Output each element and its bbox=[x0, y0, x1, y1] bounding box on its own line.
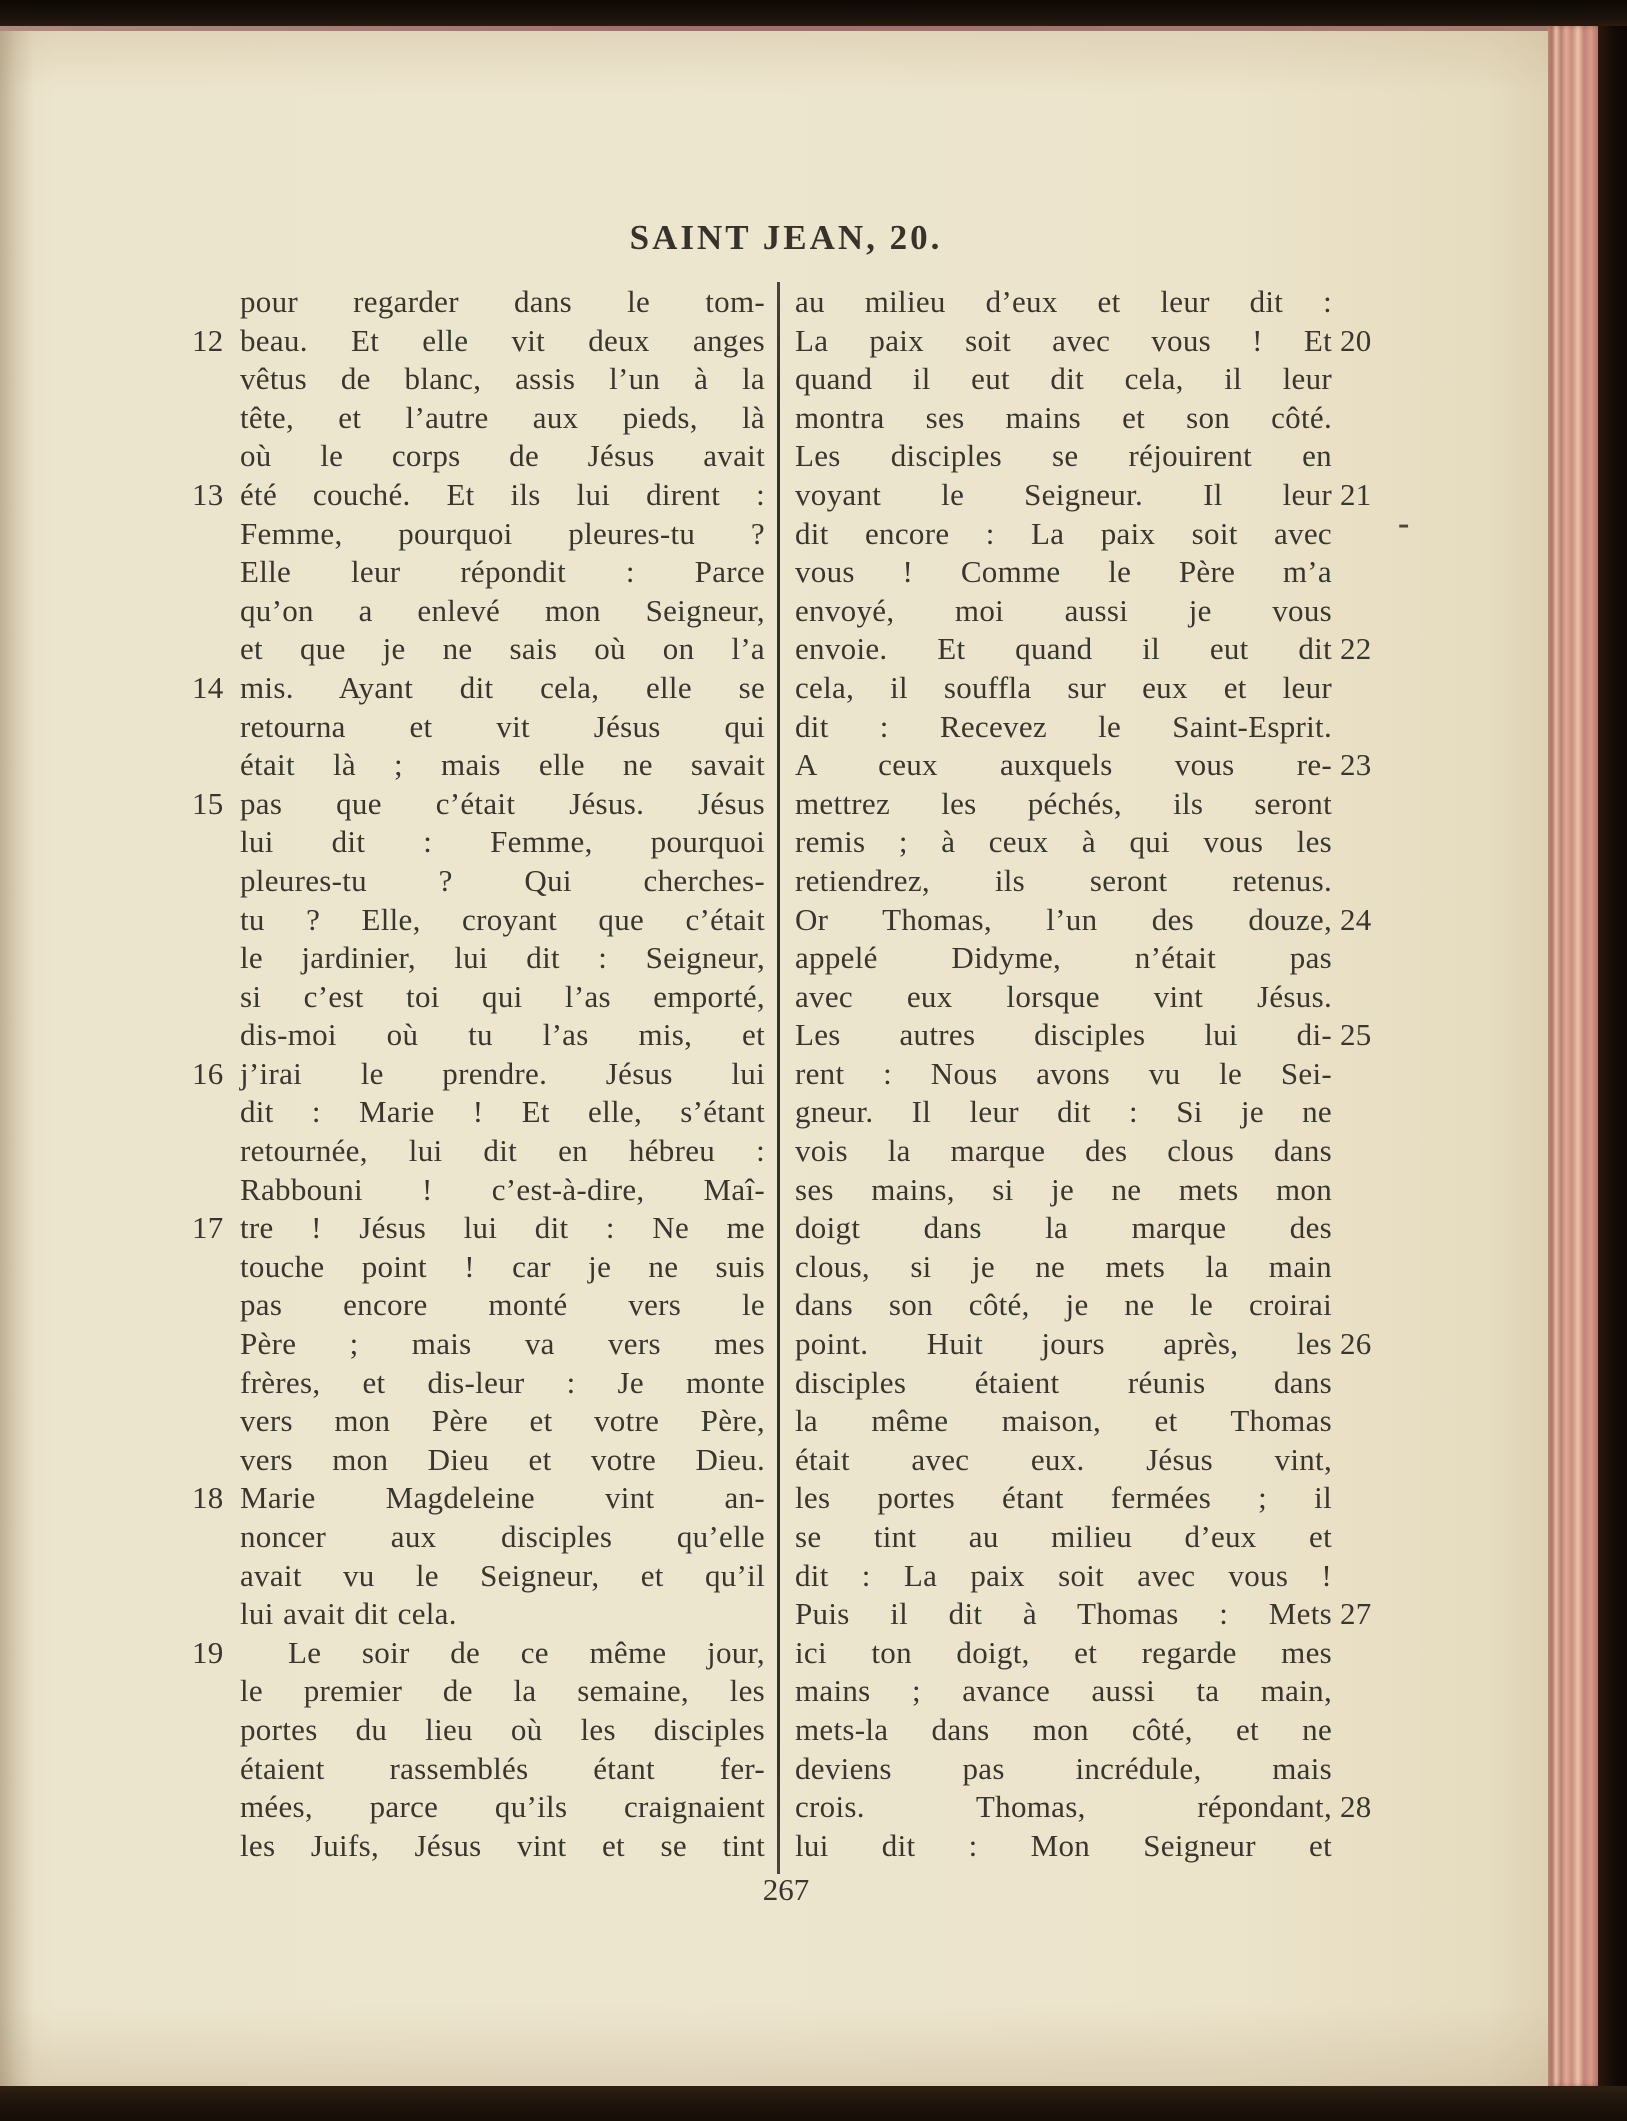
book-photo: { "page": { "header": "SAINT JEAN, 20.",… bbox=[0, 0, 1627, 2121]
text-line: pas encore monté vers le bbox=[240, 1286, 765, 1325]
text-line-content: le premier de la semaine, les bbox=[240, 1672, 765, 1711]
text-line: dit : Recevez le Saint-Esprit. bbox=[795, 708, 1332, 747]
text-line-content: été couché. Et ils lui dirent : bbox=[240, 476, 765, 515]
text-line: le premier de la semaine, les bbox=[240, 1672, 765, 1711]
verse-number: 16 bbox=[192, 1055, 242, 1094]
text-line-content: touche point ! car je ne suis bbox=[240, 1248, 765, 1287]
verse-number: 15 bbox=[192, 785, 242, 824]
text-line: avait vu le Seigneur, et qu’il bbox=[240, 1557, 765, 1596]
text-line: 13été couché. Et ils lui dirent : bbox=[240, 476, 765, 515]
text-line-content: mets-la dans mon côté, et ne bbox=[795, 1711, 1332, 1750]
text-line-content: mains ; avance aussi ta main, bbox=[795, 1672, 1332, 1711]
text-line: étaient rassemblés étant fer- bbox=[240, 1750, 765, 1789]
text-line-content: Marie Magdeleine vint an- bbox=[240, 1479, 765, 1518]
text-line: 16j’irai le prendre. Jésus lui bbox=[240, 1055, 765, 1094]
text-line: deviens pas incrédule, mais bbox=[795, 1750, 1332, 1789]
text-line: gneur. Il leur dit : Si je ne bbox=[795, 1093, 1332, 1132]
text-line-content: retournée, lui dit en hébreu : bbox=[240, 1132, 765, 1171]
text-line: 24Or Thomas, l’un des douze, bbox=[795, 901, 1332, 940]
verse-number: 20 bbox=[1340, 322, 1390, 361]
text-line-content: mis. Ayant dit cela, elle se bbox=[240, 669, 765, 708]
text-line-content: Femme, pourquoi pleures-tu ? bbox=[240, 515, 765, 554]
text-line: doigt dans la marque des bbox=[795, 1209, 1332, 1248]
text-line: où le corps de Jésus avait bbox=[240, 437, 765, 476]
verse-number: 27 bbox=[1340, 1595, 1390, 1634]
text-line: 27Puis il dit à Thomas : Mets bbox=[795, 1595, 1332, 1634]
text-line: mettrez les péchés, ils seront bbox=[795, 785, 1332, 824]
text-line-content: se tint au milieu d’eux et bbox=[795, 1518, 1332, 1557]
text-line-content: dit : Recevez le Saint-Esprit. bbox=[795, 708, 1332, 747]
text-line: pleures-tu ? Qui cherches- bbox=[240, 862, 765, 901]
text-line-content: les portes étant fermées ; il bbox=[795, 1479, 1332, 1518]
verse-number: 26 bbox=[1340, 1325, 1390, 1364]
text-line-content: clous, si je ne mets la main bbox=[795, 1248, 1332, 1287]
text-line: tu ? Elle, croyant que c’était bbox=[240, 901, 765, 940]
text-line-content: Le soir de ce même jour, bbox=[240, 1634, 765, 1673]
text-line: avec eux lorsque vint Jésus. bbox=[795, 978, 1332, 1017]
text-line-content: était avec eux. Jésus vint, bbox=[795, 1441, 1332, 1480]
text-line-content: doigt dans la marque des bbox=[795, 1209, 1332, 1248]
text-line-content: était là ; mais elle ne savait bbox=[240, 746, 765, 785]
text-line-content: j’irai le prendre. Jésus lui bbox=[240, 1055, 765, 1094]
text-line: dis-moi où tu l’as mis, et bbox=[240, 1016, 765, 1055]
text-line-content: lui dit : Mon Seigneur et bbox=[795, 1827, 1332, 1866]
text-line: ses mains, si je ne mets mon bbox=[795, 1171, 1332, 1210]
text-line: 22envoie. Et quand il eut dit bbox=[795, 630, 1332, 669]
text-line-content: envoyé, moi aussi je vous bbox=[795, 592, 1332, 631]
text-line-content: Elle leur répondit : Parce bbox=[240, 553, 765, 592]
text-line-content: appelé Didyme, n’était pas bbox=[795, 939, 1332, 978]
right-column: au milieu d’eux et leur dit :20La paix s… bbox=[795, 283, 1332, 1865]
text-line-content: dit encore : La paix soit avec bbox=[795, 515, 1332, 554]
text-line: était là ; mais elle ne savait bbox=[240, 746, 765, 785]
text-line-content: dans son côté, je ne le croirai bbox=[795, 1286, 1332, 1325]
text-line-content: vers mon Père et votre Père, bbox=[240, 1402, 765, 1441]
text-line-content: vous ! Comme le Père m’a bbox=[795, 553, 1332, 592]
text-line-content: Puis il dit à Thomas : Mets bbox=[795, 1595, 1332, 1634]
text-line-content: avait vu le Seigneur, et qu’il bbox=[240, 1557, 765, 1596]
page-number: 267 bbox=[240, 1872, 1332, 1908]
fore-edge-page-stack bbox=[1548, 26, 1602, 2086]
text-line: 19Le soir de ce même jour, bbox=[240, 1634, 765, 1673]
text-line: montra ses mains et son côté. bbox=[795, 399, 1332, 438]
text-line: si c’est toi qui l’as emporté, bbox=[240, 978, 765, 1017]
verse-number: 22 bbox=[1340, 630, 1390, 669]
verse-number: 18 bbox=[192, 1479, 242, 1518]
text-line-content: Or Thomas, l’un des douze, bbox=[795, 901, 1332, 940]
text-line-content: envoie. Et quand il eut dit bbox=[795, 630, 1332, 669]
text-line-content: voyant le Seigneur. Il leur bbox=[795, 476, 1332, 515]
text-line: vous ! Comme le Père m’a bbox=[795, 553, 1332, 592]
text-line: appelé Didyme, n’était pas bbox=[795, 939, 1332, 978]
text-line: dit encore : La paix soit avec bbox=[795, 515, 1332, 554]
text-line-content: portes du lieu où les disciples bbox=[240, 1711, 765, 1750]
text-line: 18Marie Magdeleine vint an- bbox=[240, 1479, 765, 1518]
text-line-content: point. Huit jours après, les bbox=[795, 1325, 1332, 1364]
text-line: rent : Nous avons vu le Sei- bbox=[795, 1055, 1332, 1094]
text-line: qu’on a enlevé mon Seigneur, bbox=[240, 592, 765, 631]
text-line: la même maison, et Thomas bbox=[795, 1402, 1332, 1441]
verse-number: 28 bbox=[1340, 1788, 1390, 1827]
text-line-content: pas encore monté vers le bbox=[240, 1286, 765, 1325]
text-line: vers mon Dieu et votre Dieu. bbox=[240, 1441, 765, 1480]
text-line: dit : Marie ! Et elle, s’étant bbox=[240, 1093, 765, 1132]
text-line-content: Père ; mais va vers mes bbox=[240, 1325, 765, 1364]
text-line-content: le jardinier, lui dit : Seigneur, bbox=[240, 939, 765, 978]
text-line-content: quand il eut dit cela, il leur bbox=[795, 360, 1332, 399]
text-line-content: remis ; à ceux à qui vous les bbox=[795, 823, 1332, 862]
verse-number: 21 bbox=[1340, 476, 1390, 515]
text-line: Rabbouni ! c’est-à-dire, Maî- bbox=[240, 1171, 765, 1210]
text-line: lui avait dit cela. bbox=[240, 1595, 765, 1634]
text-line-content: dit : Marie ! Et elle, s’étant bbox=[240, 1093, 765, 1132]
text-line: lui dit : Femme, pourquoi bbox=[240, 823, 765, 862]
text-line: et que je ne sais où on l’a bbox=[240, 630, 765, 669]
text-line: remis ; à ceux à qui vous les bbox=[795, 823, 1332, 862]
text-line: mées, parce qu’ils craignaient bbox=[240, 1788, 765, 1827]
text-line-content: où le corps de Jésus avait bbox=[240, 437, 765, 476]
text-line: pour regarder dans le tom- bbox=[240, 283, 765, 322]
text-line: Femme, pourquoi pleures-tu ? bbox=[240, 515, 765, 554]
text-line-content: étaient rassemblés étant fer- bbox=[240, 1750, 765, 1789]
bottom-edge-band bbox=[0, 2086, 1627, 2121]
text-line: disciples étaient réunis dans bbox=[795, 1364, 1332, 1403]
text-line-content: frères, et dis-leur : Je monte bbox=[240, 1364, 765, 1403]
verse-number: 24 bbox=[1340, 901, 1390, 940]
text-line: 28crois. Thomas, répondant, bbox=[795, 1788, 1332, 1827]
top-edge-band bbox=[0, 0, 1627, 26]
text-line-content: pas que c’était Jésus. Jésus bbox=[240, 785, 765, 824]
text-line-content: tre ! Jésus lui dit : Ne me bbox=[240, 1209, 765, 1248]
verse-number: 13 bbox=[192, 476, 242, 515]
text-line: 21voyant le Seigneur. Il leur bbox=[795, 476, 1332, 515]
text-line: lui dit : Mon Seigneur et bbox=[795, 1827, 1332, 1866]
text-line: retiendrez, ils seront retenus. bbox=[795, 862, 1332, 901]
text-line: clous, si je ne mets la main bbox=[795, 1248, 1332, 1287]
text-line-content: dit : La paix soit avec vous ! bbox=[795, 1557, 1332, 1596]
text-line: 23A ceux auxquels vous re- bbox=[795, 746, 1332, 785]
verse-number: 23 bbox=[1340, 746, 1390, 785]
text-line-content: retiendrez, ils seront retenus. bbox=[795, 862, 1332, 901]
text-line: les portes étant fermées ; il bbox=[795, 1479, 1332, 1518]
top-page-edge-tint bbox=[0, 26, 1560, 31]
text-line-content: dis-moi où tu l’as mis, et bbox=[240, 1016, 765, 1055]
text-line-content: retourna et vit Jésus qui bbox=[240, 708, 765, 747]
text-line-content: ses mains, si je ne mets mon bbox=[795, 1171, 1332, 1210]
text-line-content: Rabbouni ! c’est-à-dire, Maî- bbox=[240, 1171, 765, 1210]
text-line: quand il eut dit cela, il leur bbox=[795, 360, 1332, 399]
text-line: se tint au milieu d’eux et bbox=[795, 1518, 1332, 1557]
text-line: 15pas que c’était Jésus. Jésus bbox=[240, 785, 765, 824]
text-line-content: vois la marque des clous dans bbox=[795, 1132, 1332, 1171]
text-line: Père ; mais va vers mes bbox=[240, 1325, 765, 1364]
text-line-content: rent : Nous avons vu le Sei- bbox=[795, 1055, 1332, 1094]
text-line-content: avec eux lorsque vint Jésus. bbox=[795, 978, 1332, 1017]
text-line: Elle leur répondit : Parce bbox=[240, 553, 765, 592]
text-line: vois la marque des clous dans bbox=[795, 1132, 1332, 1171]
text-line-content: Les disciples se réjouirent en bbox=[795, 437, 1332, 476]
column-divider bbox=[777, 282, 780, 1874]
text-line: au milieu d’eux et leur dit : bbox=[795, 283, 1332, 322]
text-line: le jardinier, lui dit : Seigneur, bbox=[240, 939, 765, 978]
text-line: vêtus de blanc, assis l’un à la bbox=[240, 360, 765, 399]
text-line-content: qu’on a enlevé mon Seigneur, bbox=[240, 592, 765, 631]
stray-mark: - bbox=[1398, 505, 1409, 543]
text-line-content: tête, et l’autre aux pieds, là bbox=[240, 399, 765, 438]
text-line-content: mettrez les péchés, ils seront bbox=[795, 785, 1332, 824]
text-line-content: pour regarder dans le tom- bbox=[240, 283, 765, 322]
text-line: cela, il souffla sur eux et leur bbox=[795, 669, 1332, 708]
text-line: noncer aux disciples qu’elle bbox=[240, 1518, 765, 1557]
text-line-content: deviens pas incrédule, mais bbox=[795, 1750, 1332, 1789]
text-line-content: au milieu d’eux et leur dit : bbox=[795, 283, 1332, 322]
left-column: pour regarder dans le tom-12beau. Et ell… bbox=[240, 283, 765, 1865]
text-line: ici ton doigt, et regarde mes bbox=[795, 1634, 1332, 1673]
text-line: 26point. Huit jours après, les bbox=[795, 1325, 1332, 1364]
text-line: dit : La paix soit avec vous ! bbox=[795, 1557, 1332, 1596]
verse-number: 25 bbox=[1340, 1016, 1390, 1055]
text-line: les Juifs, Jésus vint et se tint bbox=[240, 1827, 765, 1866]
text-line-content: beau. Et elle vit deux anges bbox=[240, 322, 765, 361]
text-line-content: disciples étaient réunis dans bbox=[795, 1364, 1332, 1403]
text-line-content: mées, parce qu’ils craignaient bbox=[240, 1788, 765, 1827]
text-line-content: noncer aux disciples qu’elle bbox=[240, 1518, 765, 1557]
text-line: 25Les autres disciples lui di- bbox=[795, 1016, 1332, 1055]
verse-number: 14 bbox=[192, 669, 242, 708]
gutter-shadow bbox=[0, 31, 34, 2086]
text-line-content: et que je ne sais où on l’a bbox=[240, 630, 765, 669]
text-line-content: lui dit : Femme, pourquoi bbox=[240, 823, 765, 862]
text-line-content: vers mon Dieu et votre Dieu. bbox=[240, 1441, 765, 1480]
text-line-content: gneur. Il leur dit : Si je ne bbox=[795, 1093, 1332, 1132]
text-line: Les disciples se réjouirent en bbox=[795, 437, 1332, 476]
text-line-content: lui avait dit cela. bbox=[240, 1595, 765, 1634]
text-line-content: La paix soit avec vous ! Et bbox=[795, 322, 1332, 361]
text-line: retourna et vit Jésus qui bbox=[240, 708, 765, 747]
verse-number: 19 bbox=[192, 1634, 242, 1673]
text-line-content: A ceux auxquels vous re- bbox=[795, 746, 1332, 785]
text-line: 20La paix soit avec vous ! Et bbox=[795, 322, 1332, 361]
text-line: mets-la dans mon côté, et ne bbox=[795, 1711, 1332, 1750]
text-line-content: crois. Thomas, répondant, bbox=[795, 1788, 1332, 1827]
text-line-content: tu ? Elle, croyant que c’était bbox=[240, 901, 765, 940]
text-line: retournée, lui dit en hébreu : bbox=[240, 1132, 765, 1171]
text-line: 17tre ! Jésus lui dit : Ne me bbox=[240, 1209, 765, 1248]
text-line: tête, et l’autre aux pieds, là bbox=[240, 399, 765, 438]
text-line: touche point ! car je ne suis bbox=[240, 1248, 765, 1287]
text-line: envoyé, moi aussi je vous bbox=[795, 592, 1332, 631]
text-line-content: la même maison, et Thomas bbox=[795, 1402, 1332, 1441]
text-line: frères, et dis-leur : Je monte bbox=[240, 1364, 765, 1403]
right-edge-band bbox=[1598, 26, 1627, 2086]
page-header-title: SAINT JEAN, 20. bbox=[240, 218, 1332, 258]
verse-number: 12 bbox=[192, 322, 242, 361]
text-line: dans son côté, je ne le croirai bbox=[795, 1286, 1332, 1325]
text-line-content: Les autres disciples lui di- bbox=[795, 1016, 1332, 1055]
verse-number: 17 bbox=[192, 1209, 242, 1248]
text-line-content: ici ton doigt, et regarde mes bbox=[795, 1634, 1332, 1673]
text-line: 14mis. Ayant dit cela, elle se bbox=[240, 669, 765, 708]
text-line-content: montra ses mains et son côté. bbox=[795, 399, 1332, 438]
text-line-content: vêtus de blanc, assis l’un à la bbox=[240, 360, 765, 399]
text-line-content: les Juifs, Jésus vint et se tint bbox=[240, 1827, 765, 1866]
text-line: 12beau. Et elle vit deux anges bbox=[240, 322, 765, 361]
text-line-content: cela, il souffla sur eux et leur bbox=[795, 669, 1332, 708]
text-line: portes du lieu où les disciples bbox=[240, 1711, 765, 1750]
text-line: était avec eux. Jésus vint, bbox=[795, 1441, 1332, 1480]
text-line: vers mon Père et votre Père, bbox=[240, 1402, 765, 1441]
text-line-content: pleures-tu ? Qui cherches- bbox=[240, 862, 765, 901]
text-line: mains ; avance aussi ta main, bbox=[795, 1672, 1332, 1711]
text-line-content: si c’est toi qui l’as emporté, bbox=[240, 978, 765, 1017]
